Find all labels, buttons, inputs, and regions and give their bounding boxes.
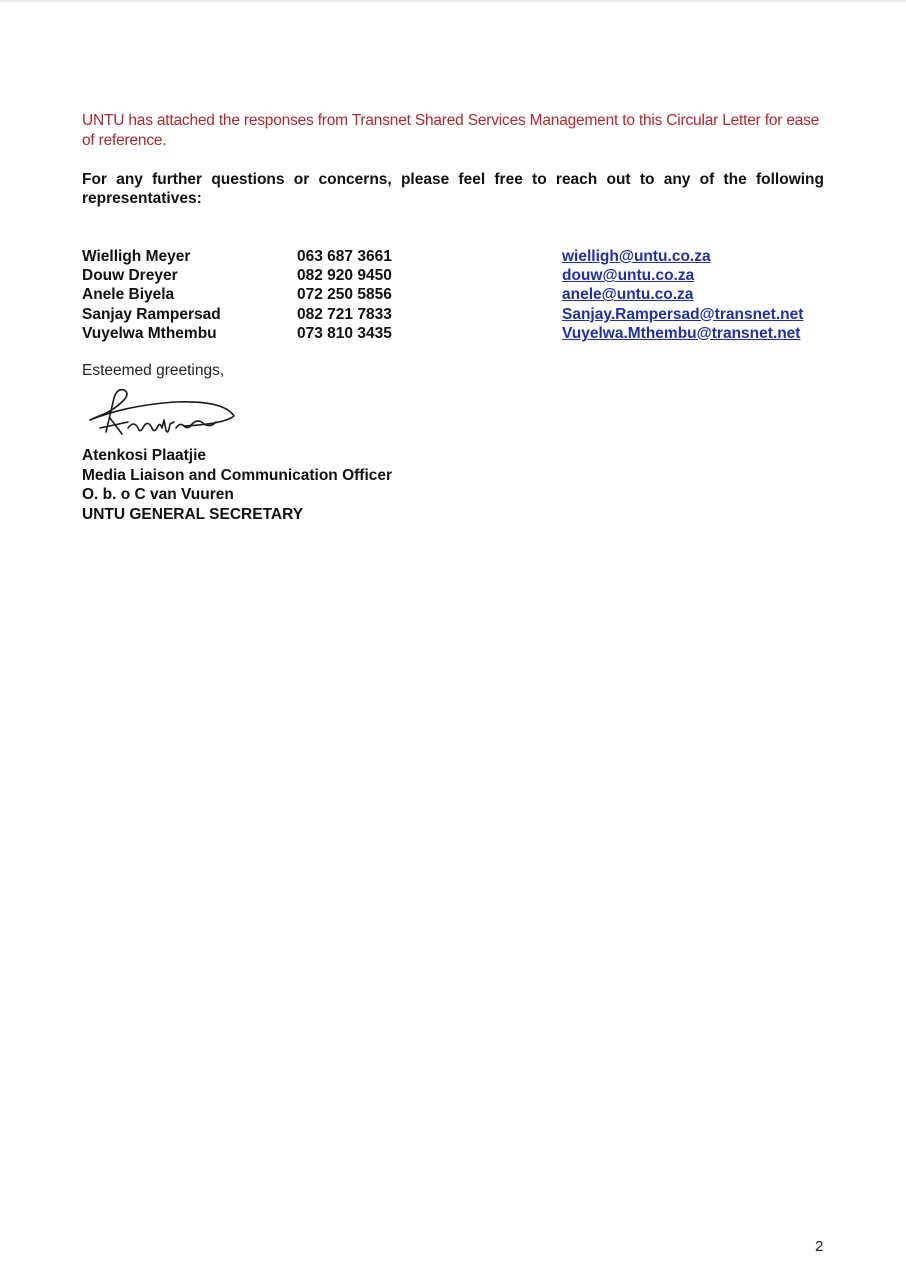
contact-email-link[interactable]: Sanjay.Rampersad@transnet.net	[562, 305, 803, 324]
intro-paragraph: UNTU has attached the responses from Tra…	[82, 111, 827, 151]
signatory-office: UNTU GENERAL SECRETARY	[82, 505, 392, 525]
signature-block: Atenkosi Plaatjie Media Liaison and Comm…	[82, 446, 392, 524]
contact-name: Anele Biyela	[82, 285, 174, 304]
closing-greeting: Esteemed greetings,	[82, 362, 224, 380]
contact-email-link[interactable]: douw@untu.co.za	[562, 266, 694, 285]
contact-phone: 082 721 7833	[297, 305, 392, 324]
contact-phone: 073 810 3435	[297, 324, 392, 343]
signature-icon	[84, 384, 254, 444]
contact-phone: 072 250 5856	[297, 285, 392, 304]
contact-email-link[interactable]: Vuyelwa.Mthembu@transnet.net	[562, 324, 800, 343]
contact-name: Vuyelwa Mthembu	[82, 324, 217, 343]
contact-email-link[interactable]: wielligh@untu.co.za	[562, 247, 711, 266]
contact-prompt: For any further questions or concerns, p…	[82, 170, 824, 208]
contact-phone: 063 687 3661	[297, 247, 392, 266]
contact-name: Sanjay Rampersad	[82, 305, 221, 324]
contact-phone: 082 920 9450	[297, 266, 392, 285]
page-top-edge	[0, 0, 906, 2]
signatory-title: Media Liaison and Communication Officer	[82, 466, 392, 486]
contact-name: Douw Dreyer	[82, 266, 178, 285]
on-behalf-of: O. b. o C van Vuuren	[82, 485, 392, 505]
contact-email-link[interactable]: anele@untu.co.za	[562, 285, 693, 304]
signatory-name: Atenkosi Plaatjie	[82, 446, 392, 466]
page-number: 2	[815, 1238, 823, 1255]
contact-name: Wielligh Meyer	[82, 247, 190, 266]
